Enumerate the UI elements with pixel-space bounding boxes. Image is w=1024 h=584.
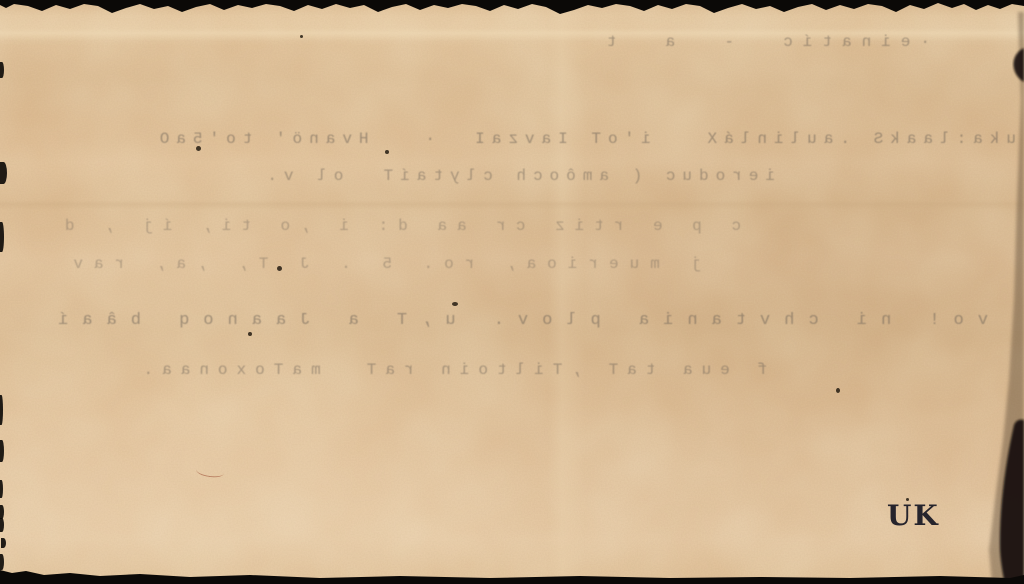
right-tear-dark: [1000, 420, 1024, 584]
ink-speck: [248, 332, 252, 336]
aged-document-card: ·einatíc - a tuka:laakS .aulinláX i'oT I…: [0, 0, 1024, 584]
torn-edge-overlay: [0, 0, 1024, 584]
ink-speck: [385, 150, 389, 154]
bleedthrough-line: f eua taT ,Tiltoin raT maToxonaa.: [122, 361, 767, 379]
ink-speck: [196, 146, 201, 151]
edge-ink-mark: [0, 395, 3, 425]
right-tear-shadow: [989, 12, 1024, 584]
bleedthrough-line: uka:laakS .aulinláX i'oT IavzaI · Hvanö'…: [2, 130, 1016, 148]
edge-ink-mark: [0, 440, 4, 462]
bleedthrough-line: c p e rtiz cr aa d: i ,o ti, íj , d: [46, 217, 741, 235]
edge-ink-mark: [0, 480, 3, 498]
paper-crease-lines: [0, 0, 1024, 584]
bottom-border: [0, 570, 1024, 584]
bleedthrough-line: j muerioa, ro. 5 . J T, ,a, rav: [46, 255, 701, 273]
edge-ink-mark: [0, 518, 4, 532]
red-fiber-mark: [195, 464, 224, 479]
uk-stamp: UK: [887, 499, 940, 532]
ink-speck: [452, 302, 458, 306]
edge-ink-mark: [0, 222, 4, 252]
paper-blotch-texture: [0, 0, 1024, 584]
right-edge-notch: [1013, 48, 1024, 82]
edge-ink-mark: [0, 162, 7, 184]
bleedthrough-line: vo! ni chvtania plov. u,T a Jaanoq bâaí: [32, 311, 988, 330]
edge-ink-mark: [0, 554, 4, 570]
edge-ink-mark: [0, 62, 4, 78]
edge-ink-mark: [1, 538, 6, 548]
paper-grain-texture: [0, 0, 1024, 584]
bleedthrough-line: ieroduc ( amôoch clytaíT ol v.: [270, 167, 775, 185]
ink-speck: [277, 266, 282, 271]
edge-ink-mark: [0, 505, 4, 519]
bleedthrough-line: ·einatíc - a t: [600, 33, 930, 51]
ink-speck: [300, 35, 303, 38]
ink-speck: [836, 388, 840, 393]
top-torn-border: [0, 0, 1024, 14]
